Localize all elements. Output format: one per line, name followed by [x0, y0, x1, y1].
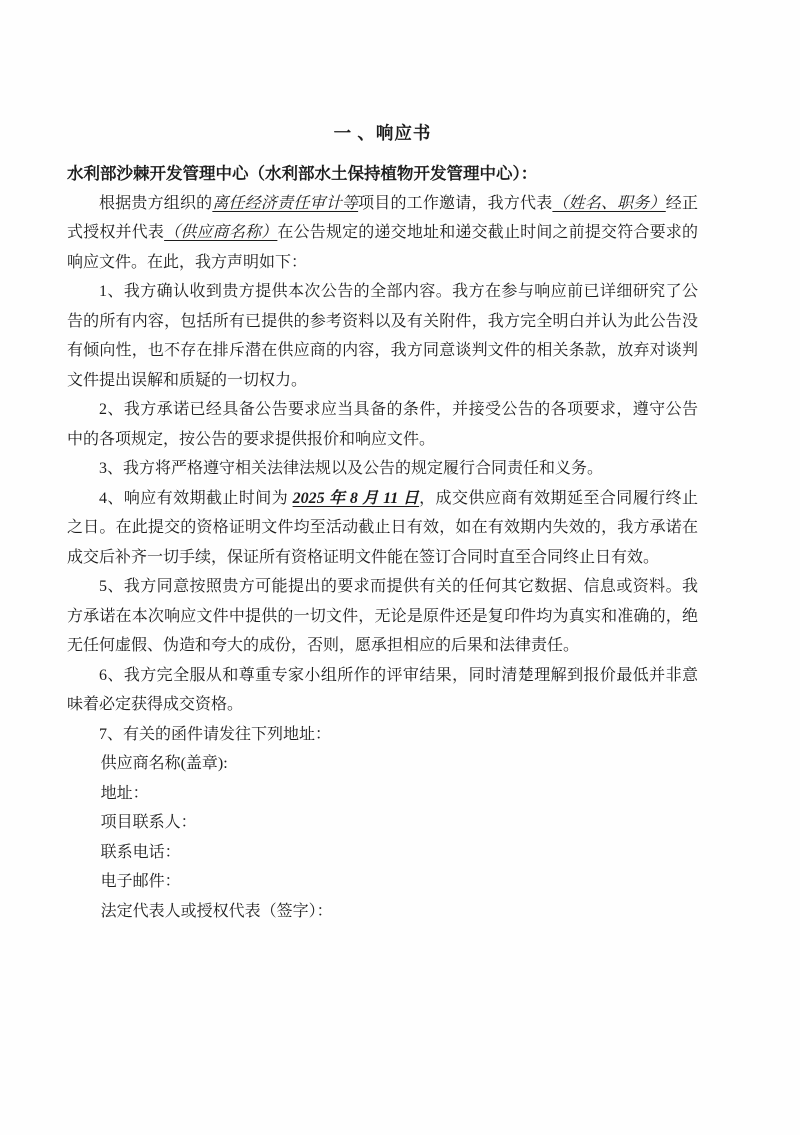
text-segment: 5、我方同意按照贵方可能提出的要求而提供有关的任何其它数据、信息或资料。我方承诺…	[67, 578, 698, 654]
text-segment: 3、我方将严格遵守相关法律法规以及公告的规定履行合同责任和义务。	[99, 460, 603, 477]
fill-in-blank-segment: 离任经济责任审计等	[212, 195, 358, 212]
paragraph-item-5: 5、我方同意按照贵方可能提出的要求而提供有关的任何其它数据、信息或资料。我方承诺…	[67, 572, 698, 661]
fill-in-blank-segment: 2025 年 8 月 11 日	[293, 490, 420, 507]
paragraph-item-2: 2、我方承诺已经具备公告要求应当具备的条件，并接受公告的各项要求，遵守公告中的各…	[67, 395, 698, 454]
contact-lines: 供应商名称(盖章):地址：项目联系人：联系电话：电子邮件：法定代表人或授权代表（…	[67, 749, 698, 926]
paragraphs: 根据贵方组织的离任经济责任审计等项目的工作邀请，我方代表（姓名、职务）经正式授权…	[67, 189, 698, 750]
paragraph-item-6: 6、我方完全服从和尊重专家小组所作的评审结果，同时清楚理解到报价最低并非意味着必…	[67, 661, 698, 720]
salutation-line: 水利部沙棘开发管理中心（水利部水土保持植物开发管理中心）：	[67, 159, 698, 189]
paragraph-item-3: 3、我方将严格遵守相关法律法规以及公告的规定履行合同责任和义务。	[67, 454, 698, 484]
fill-in-blank-segment: （供应商名称）	[164, 224, 277, 241]
contact-line-2: 项目联系人：	[67, 808, 698, 838]
paragraph-item-1: 1、我方确认收到贵方提供本次公告的全部内容。我方在参与响应前已详细研究了公告的所…	[67, 277, 698, 395]
contact-line-4: 电子邮件：	[67, 867, 698, 897]
document-page: 一 、响应书 水利部沙棘开发管理中心（水利部水土保持植物开发管理中心）： 根据贵…	[0, 0, 800, 1135]
text-segment: 根据贵方组织的	[99, 195, 212, 212]
paragraph-item-4: 4、响应有效期截止时间为 2025 年 8 月 11 日，成交供应商有效期延至合…	[67, 484, 698, 573]
contact-line-3: 联系电话：	[67, 838, 698, 868]
document-title: 一 、响应书	[67, 121, 698, 145]
fill-in-blank-segment: （姓名、职务）	[552, 195, 665, 212]
paragraph-item-7: 7、有关的函件请发往下列地址：	[67, 720, 698, 750]
text-segment: 4、响应有效期截止时间为	[99, 490, 293, 507]
text-segment: 1、我方确认收到贵方提供本次公告的全部内容。我方在参与响应前已详细研究了公告的所…	[67, 283, 698, 389]
contact-line-5: 法定代表人或授权代表（签字）：	[67, 897, 698, 927]
text-segment: 2、我方承诺已经具备公告要求应当具备的条件，并接受公告的各项要求，遵守公告中的各…	[67, 401, 698, 448]
text-segment: 项目的工作邀请，我方代表	[358, 195, 552, 212]
contact-line-0: 供应商名称(盖章):	[67, 749, 698, 779]
text-segment: 7、有关的函件请发往下列地址：	[99, 726, 331, 743]
text-segment: 6、我方完全服从和尊重专家小组所作的评审结果，同时清楚理解到报价最低并非意味着必…	[67, 667, 698, 714]
contact-line-1: 地址：	[67, 779, 698, 809]
paragraph-intro: 根据贵方组织的离任经济责任审计等项目的工作邀请，我方代表（姓名、职务）经正式授权…	[67, 189, 698, 278]
